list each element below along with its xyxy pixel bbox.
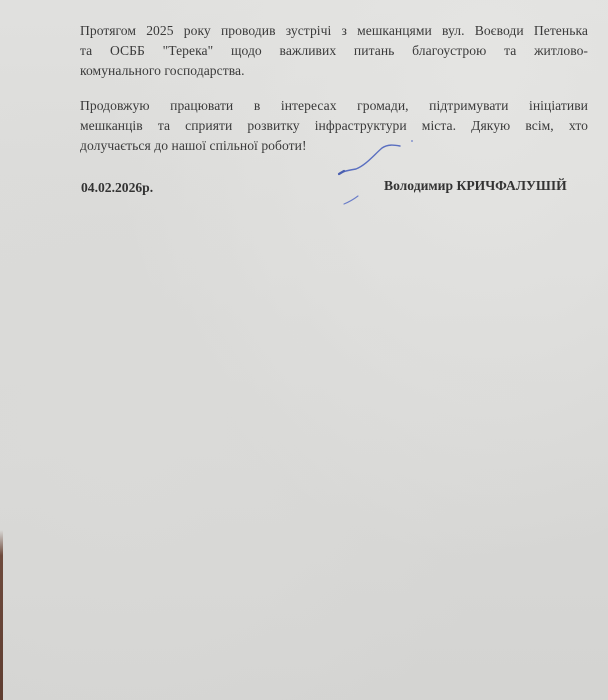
text-line: та ОСББ "Терека" щодо важливих питань бл… <box>80 41 588 61</box>
document-date: 04.02.2026р. <box>81 180 153 196</box>
handwritten-signature-icon <box>330 135 430 215</box>
text-line: Протягом 2025 року проводив зустрічі з м… <box>80 21 588 41</box>
signatory-name: Володимир КРИЧФАЛУШІЙ <box>384 178 567 194</box>
text-line: комунального господарства. <box>80 61 588 81</box>
text-line: мешканців та сприяти розвитку інфраструк… <box>80 116 588 136</box>
paragraph-meetings: Протягом 2025 року проводив зустрічі з м… <box>80 21 588 81</box>
text-line: Продовжую працювати в інтересах громади,… <box>80 96 588 116</box>
paper-edge-shadow <box>0 530 3 700</box>
